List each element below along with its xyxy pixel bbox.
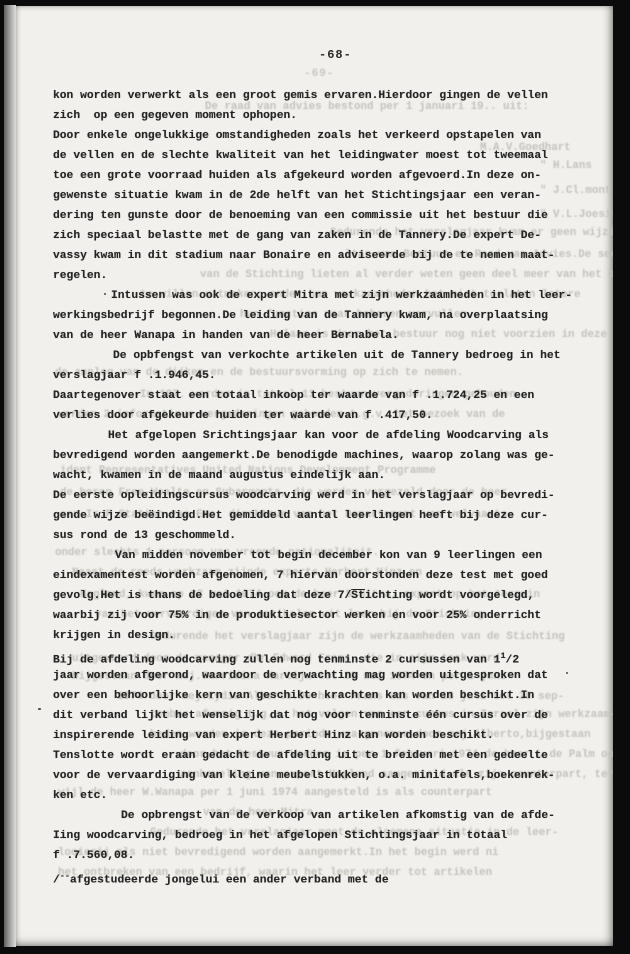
text-line: waarbij zij voor 75% in de produktiesect… — [53, 606, 593, 626]
text-line: f .7.560,08. — [53, 846, 593, 866]
text-line: ken etc. — [53, 786, 593, 806]
text-line: Door enkele ongelukkige omstandigheden z… — [53, 126, 593, 146]
text-line: Daartegenover staat een totaal inkoop te… — [53, 386, 593, 406]
scan-gutter-shadow — [4, 5, 16, 947]
text-line: Iing woodcarving, bedroeg in het afgelop… — [53, 826, 593, 846]
text-line: De opbfengst van verkochte artikelen uit… — [53, 346, 593, 366]
text-line: Tenslotte wordt eraan gedacht de afdelin… — [53, 746, 593, 766]
text-line: dit verband lijkt het wenselijk dat nog … — [53, 706, 593, 726]
text-line: Van midden november tot begin december k… — [53, 546, 593, 566]
text-line: zich speciaal belastte met de gang van z… — [53, 226, 593, 246]
text-line: vassy kwam in dit stadium naar Bonaire e… — [53, 246, 593, 266]
text-line: inspirerende leiding van expert Herbert … — [53, 726, 593, 746]
text-line: over een behoorlijke kern van geschikte … — [53, 686, 593, 706]
text-line: Bij de afdeling woodcarving zullen nog t… — [53, 646, 593, 666]
text-line: Intussen was ook de expert Mitra met zij… — [53, 286, 593, 306]
text-line: voor de vervaardiging van kleine meubels… — [53, 766, 593, 786]
text-line: krijgen in design. — [53, 626, 593, 646]
ink-speck — [104, 293, 106, 295]
text-line: Het afgelopen Srichtingsjaar kan voor de… — [53, 426, 593, 446]
text-line: kon worden verwerkt als een groot gemis … — [53, 86, 593, 106]
text-line: jaar worden afgerond, waardoor de verwac… — [53, 666, 593, 686]
text-line: de vellen en de slechte kwaliteit van he… — [53, 146, 593, 166]
text-block: kon worden verwerkt als een groot gemis … — [53, 86, 593, 886]
text-line: dering ten gunste door de benoeming van … — [53, 206, 593, 226]
text-line: eindexamentest worden afgenomen, 7 hierv… — [53, 566, 593, 586]
text-line: De opbrengst van de verkoop van artikele… — [53, 806, 593, 826]
ink-speck — [38, 708, 41, 710]
text-line: regelen. — [53, 266, 593, 286]
text-line: gewenste situatie kwam in de 2de helft v… — [53, 186, 593, 206]
text-line: zich op een gegeven moment ophopen. — [53, 106, 593, 126]
text-line: werkingsbedrijf begonnen.De leiding van … — [53, 306, 593, 326]
text-line: verslagjaar f .1.946,45. — [53, 366, 593, 386]
text-line: bevredigend worden aangemerkt.De benodig… — [53, 446, 593, 466]
text-line: verlies door afgekeurde huiden ter waard… — [53, 406, 593, 426]
text-line: wacht, kwamen in de maand augustus einde… — [53, 466, 593, 486]
ink-speck — [566, 672, 568, 674]
text-line: toe een grote voorraad huiden als afgeke… — [53, 166, 593, 186]
text-line: De eerste opleidingscursus woodcarving w… — [53, 486, 593, 506]
text-line: /--afgestudeerde jongelui een ander verb… — [53, 866, 593, 886]
text-line: gende wijze beëindigd.Het gemiddeld aant… — [53, 506, 593, 526]
text-line: gevolg.Het is thans de bedoeling dat dez… — [53, 586, 593, 606]
document-page: De raad van advies bestond per 1 januari… — [16, 6, 613, 946]
text-line: van de heer Wanapa in handen van de heer… — [53, 326, 593, 346]
text-line: sus rond de 13 geschommeld. — [53, 526, 593, 546]
